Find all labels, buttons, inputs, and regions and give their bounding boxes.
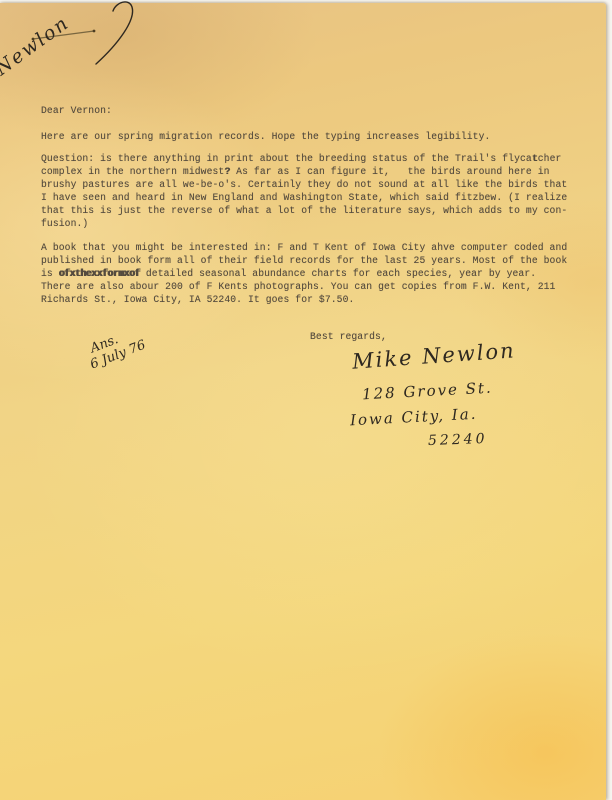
typed-line: Question: is there anything in print abo… xyxy=(41,152,567,165)
typed-line: brushy pastures are all we-be-o's. Certa… xyxy=(41,178,567,191)
scanned-letter: Newlon Dear Vernon: Here are our spring … xyxy=(0,0,612,800)
question-paragraph: Question: is there anything in print abo… xyxy=(41,152,567,230)
typed-line: I have seen and heard in New England and… xyxy=(41,191,567,204)
line-text: As far as I can figure it, the birds aro… xyxy=(230,166,549,177)
intro-paragraph: Here are our spring migration records. H… xyxy=(41,130,490,143)
typed-line: A book that you might be interested in: … xyxy=(41,241,567,254)
typed-line: There are also abour 200 of F Kents phot… xyxy=(41,280,567,293)
typed-strikeout: ofxthexxformxof xyxy=(59,268,140,279)
address-line-zip: 52240 xyxy=(428,431,488,449)
typed-line: is ofxthexxformxof detailed seasonal abu… xyxy=(41,267,567,280)
typed-line: that this is just the reverse of what a … xyxy=(41,204,567,217)
letter-paper xyxy=(0,3,606,800)
line-text: is xyxy=(41,268,59,279)
line-text: Question: is there anything in print abo… xyxy=(41,153,532,164)
book-paragraph: A book that you might be interested in: … xyxy=(41,241,567,306)
salutation: Dear Vernon: xyxy=(41,104,112,117)
line-text: detailed seasonal abundance charts for e… xyxy=(140,268,536,279)
typed-line: fusion.) xyxy=(41,217,567,230)
typed-line: complex in the northern midwest? As far … xyxy=(41,165,567,178)
closing: Best regards, xyxy=(310,330,387,343)
typed-line: Richards St., Iowa City, IA 52240. It go… xyxy=(41,293,567,306)
line-text: complex in the northern midwest xyxy=(41,166,224,177)
line-text: cher xyxy=(538,153,562,164)
typed-line: published in book form all of their fiel… xyxy=(41,254,567,267)
